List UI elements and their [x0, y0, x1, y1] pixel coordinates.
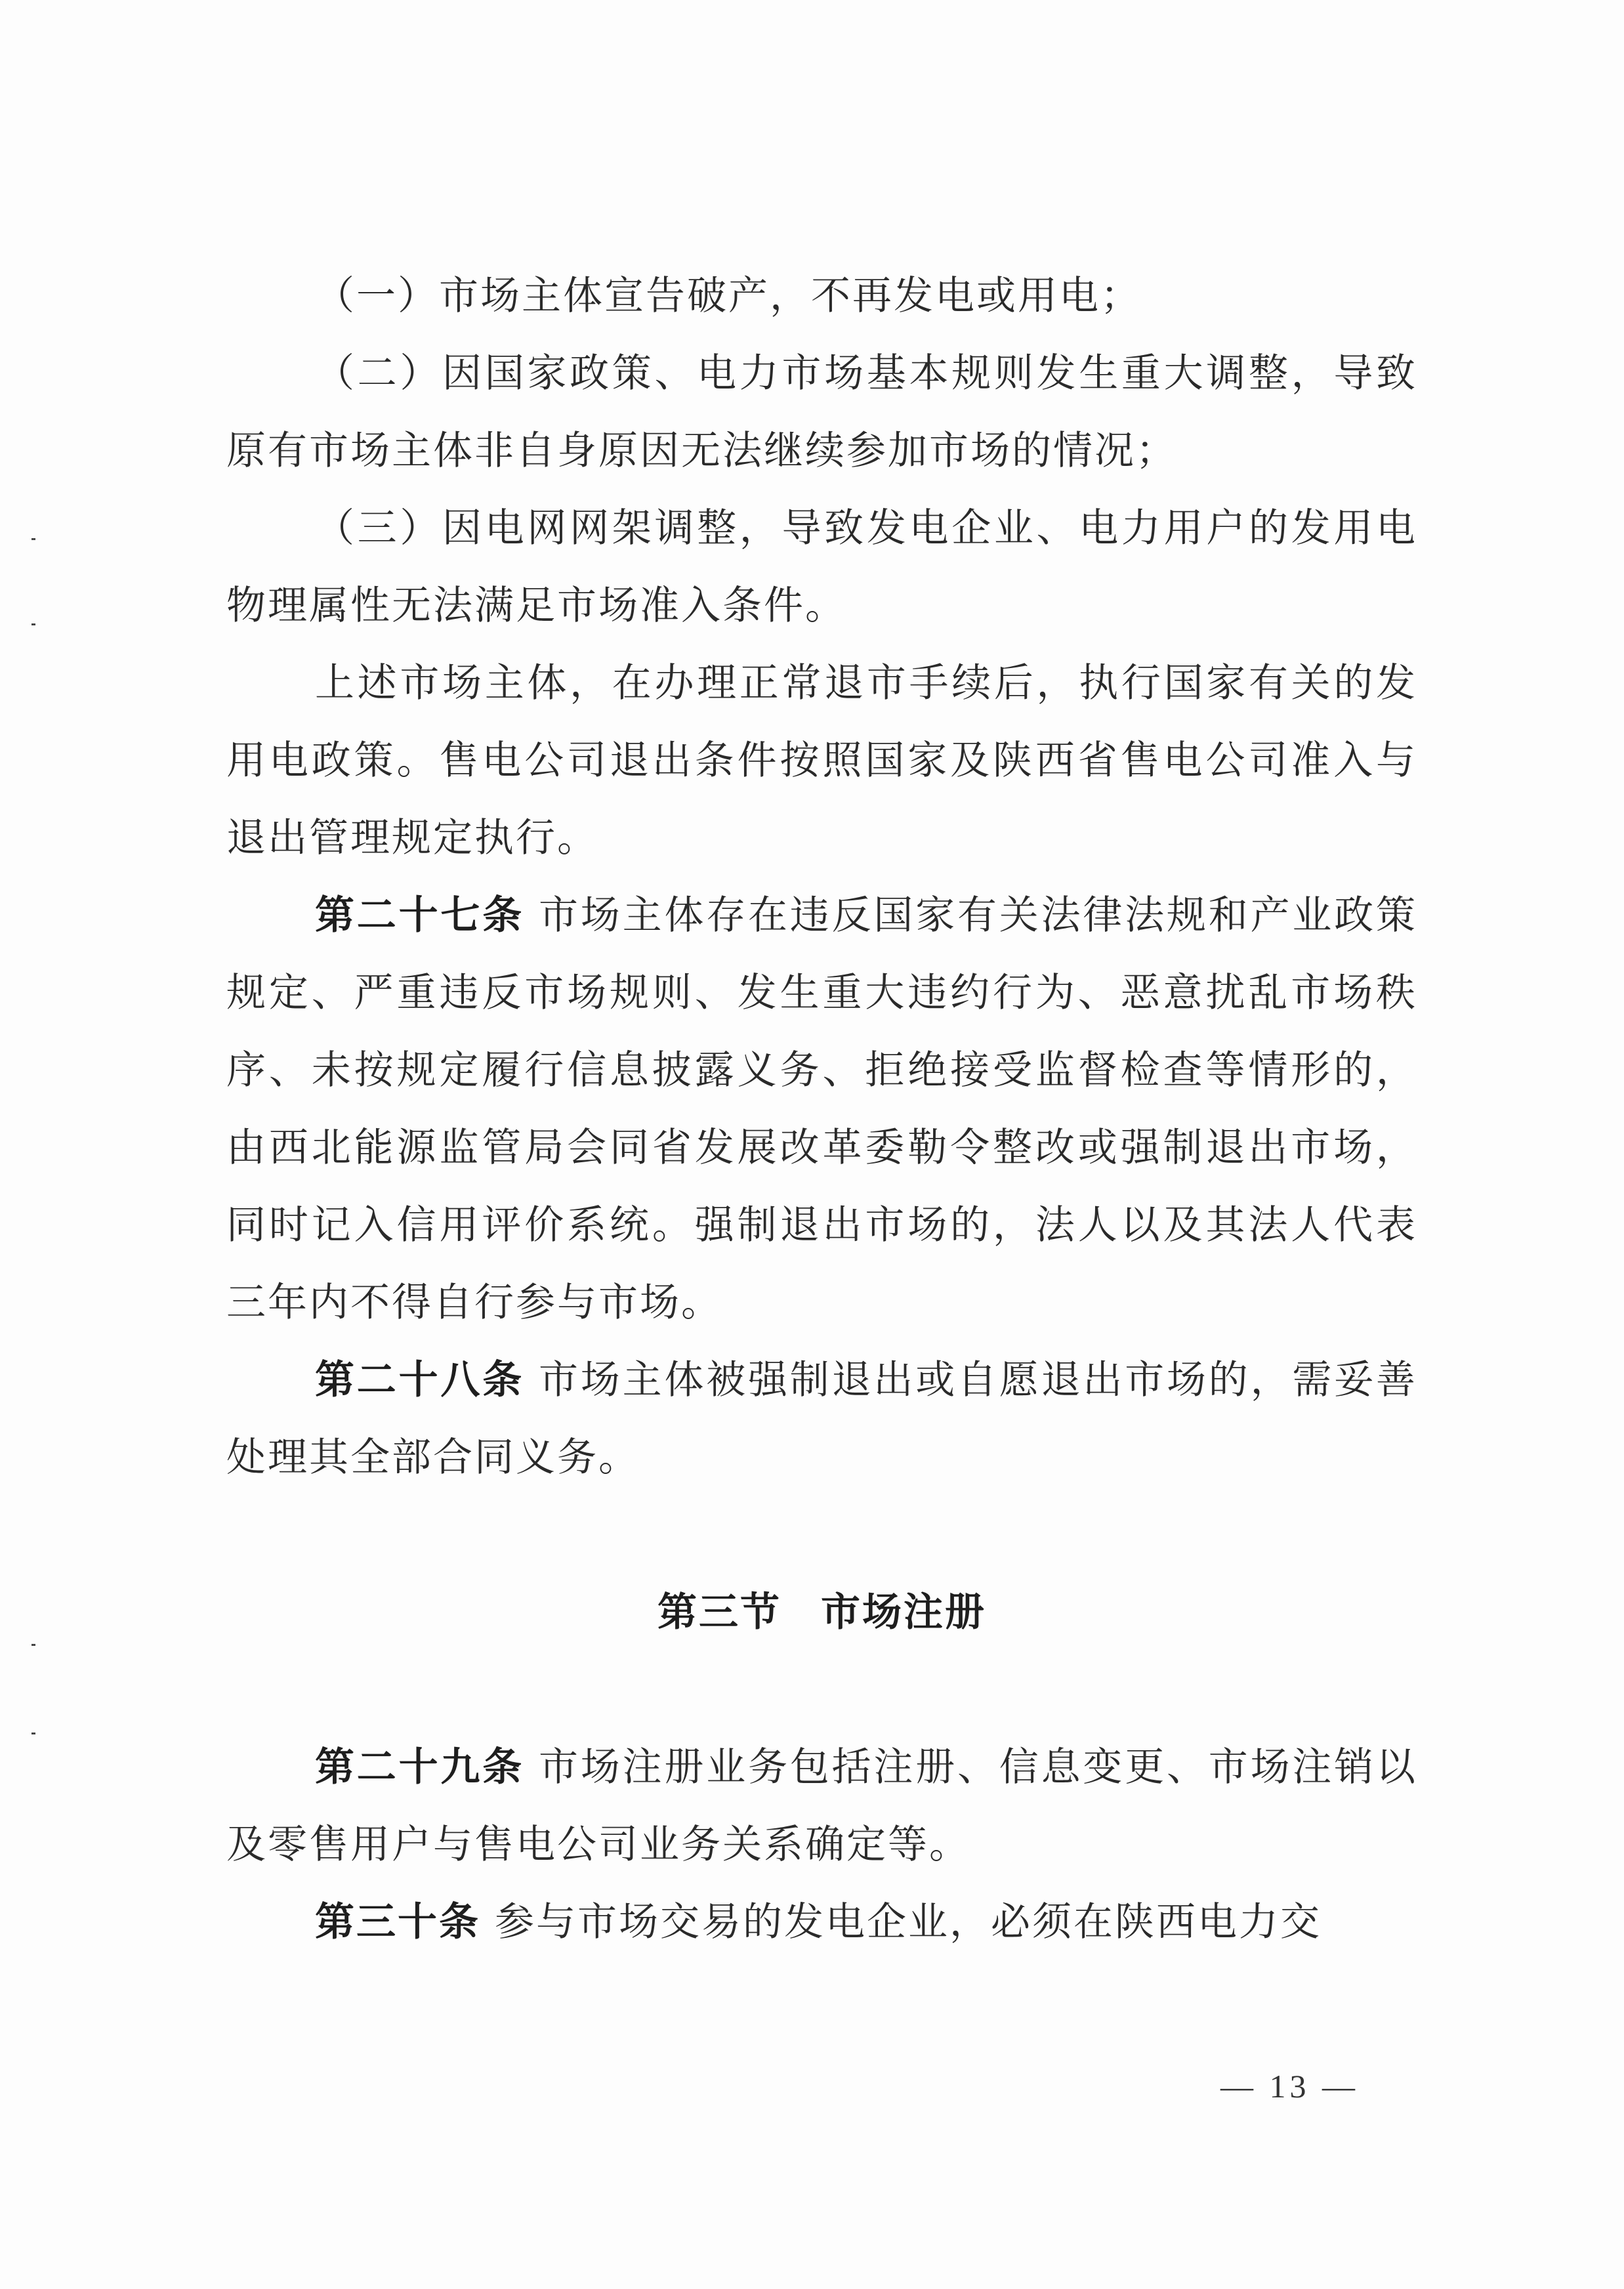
scan-margin-mark — [31, 1732, 35, 1734]
page-number: — 13 — — [1220, 2067, 1359, 2105]
scan-margin-mark — [31, 623, 35, 625]
document-page: （一）市场主体宣告破产，不再发电或用电； （二）因国家政策、电力市场基本规则发生… — [0, 0, 1624, 2289]
section-number: 第三节 — [657, 1589, 781, 1635]
article-label: 第三十条 — [315, 1899, 480, 1945]
scan-margin-mark — [31, 1644, 35, 1646]
list-item-2: （二）因国家政策、电力市场基本规则发生重大调整，导致原有市场主体非自身原因无法继… — [226, 335, 1417, 490]
article-text: 参与市场交易的发电企业，必须在陕西电力交 — [495, 1899, 1322, 1945]
article-label: 第二十九条 — [315, 1744, 524, 1790]
article-29: 第二十九条市场注册业务包括注册、信息变更、市场注销以及零售用户与售电公司业务关系… — [226, 1729, 1417, 1883]
scan-margin-mark — [31, 538, 35, 540]
list-item-3: （三）因电网网架调整，导致发电企业、电力用户的发用电物理属性无法满足市场准入条件… — [226, 490, 1417, 644]
article-27: 第二十七条市场主体存在违反国家有关法律法规和产业政策规定、严重违反市场规则、发生… — [226, 877, 1417, 1341]
document-body: （一）市场主体宣告破产，不再发电或用电； （二）因国家政策、电力市场基本规则发生… — [226, 257, 1417, 1961]
article-30: 第三十条参与市场交易的发电企业，必须在陕西电力交 — [226, 1883, 1417, 1961]
note-paragraph: 上述市场主体，在办理正常退市手续后，执行国家有关的发用电政策。售电公司退出条件按… — [226, 644, 1417, 877]
article-label: 第二十八条 — [315, 1357, 524, 1403]
section-heading: 第三节市场注册 — [226, 1574, 1417, 1651]
article-text: 市场主体存在违反国家有关法律法规和产业政策规定、严重违反市场规则、发生重大违约行… — [226, 892, 1417, 1326]
article-28: 第二十八条市场主体被强制退出或自愿退出市场的，需妥善处理其全部合同义务。 — [226, 1341, 1417, 1496]
article-label: 第二十七条 — [315, 892, 524, 938]
list-item-1: （一）市场主体宣告破产，不再发电或用电； — [226, 257, 1417, 335]
section-title: 市场注册 — [821, 1589, 986, 1635]
